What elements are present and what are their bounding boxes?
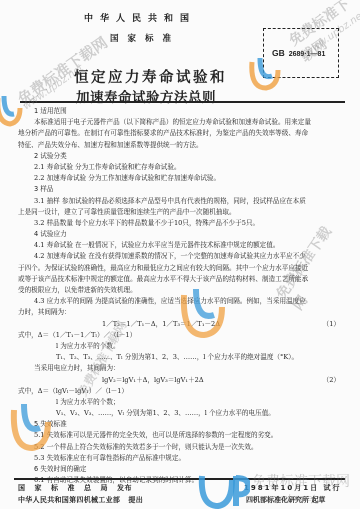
standard-document-page: 中华人民共和国 国家标准 GB2689·1—81 恒定应力寿命试验和 加速寿命试… xyxy=(0,0,360,509)
paragraph-line: 5.3 失效标准应在有可靠性指标的产品标准中规定。 xyxy=(18,453,344,464)
paragraph-line: T₁、T₂、T₃、……、Tₗ 分别为第1、2、3、……，l 个应力水平的绝对温度… xyxy=(18,352,344,363)
equation-line: lgV₂＝lgV₁＋Δ，lgV₃＝lgV₁＋2Δ（2） xyxy=(18,375,344,386)
section-heading: 6 失效时间的确定 xyxy=(18,464,344,475)
section-heading: 1 适用范围 xyxy=(18,106,344,117)
line-text: 特征、产品失效分布、加速方程和加速系数等提供统一的方法。 xyxy=(18,141,203,149)
equation-line: 1／T₂＝1／T₁－Δ，1／T₃＝1／T₁－2Δ（1） xyxy=(18,319,344,330)
paragraph-line: l 为应力水平的个数； xyxy=(18,397,344,408)
footer-effective-date: 1981年10月1日 试行 xyxy=(244,483,342,493)
paragraph-line: 式中，Δ＝（lgVₗ－lgV₁）／（l－1） xyxy=(18,386,344,397)
code-prefix: GB xyxy=(272,48,285,58)
line-text: 或等于该产品技术标准中规定的额定值。最高应力水平不得大于该产品的结构材料、制造工… xyxy=(18,275,308,283)
paragraph-line: 2.1 寿命试验 分为工作寿命试验和贮存寿命试验。 xyxy=(18,162,344,173)
propose-label: 提出 xyxy=(128,496,143,504)
paragraph-line: 3.1 抽样 参加试验的样品必须选择本产品型号中具有代表性的规格，同时，投试样品… xyxy=(18,196,344,207)
paragraph-line: 5.2 一个样品上符合失效标准的失效若多于一个时，则只能认为是一次失效。 xyxy=(18,442,344,453)
line-text: 6 失效时间的确定 xyxy=(34,465,86,473)
paragraph-line: 特征、产品失效分布、加速方程和加速系数等提供统一的方法。 xyxy=(18,140,344,151)
line-text: 4.1 寿命试验 在一般情况下，试验应力水平应当是元器件技术标准中规定的额定值。 xyxy=(34,241,279,249)
draft-label: 起草 xyxy=(311,496,325,504)
line-text: 4.2 加速寿命试验 在没有获得加速系数的情况下，一个完整的加速寿命试验其应力水… xyxy=(34,252,306,260)
line-text: 2 试验分类 xyxy=(34,152,67,160)
code-number: 2689·1—81 xyxy=(289,51,326,58)
footer-divider xyxy=(14,478,345,480)
line-text: 5.1 失效标准可以是元器件的完全失效，也可以是所选择的参数的一定程度的劣变。 xyxy=(34,431,277,439)
line-text: 4 试验应力 xyxy=(34,230,67,238)
line-text: 力时，其间隔为： xyxy=(18,308,71,316)
paragraph-line: 3.2 样品数量 每个应力水平下的样品数量不少于10只，特殊产品不少于5只。 xyxy=(18,218,344,229)
paragraph-line: 受的极限应力，以免带进新的失效机理。 xyxy=(18,285,344,296)
section-heading: 4 试验应力 xyxy=(18,229,344,240)
line-text: 式中，Δ＝（1／T₁－1／Tₗ）／（l－1） xyxy=(18,331,136,339)
line-text: 5.3 失效标准应在有可靠性指标的产品标准中规定。 xyxy=(34,454,185,462)
effective-date: 1981年10月1日 xyxy=(244,484,319,492)
line-text: 2.1 寿命试验 分为工作寿命试验和贮存寿命试验。 xyxy=(34,163,181,171)
paragraph-line: 力时，其间隔为： xyxy=(18,307,344,318)
line-text: 1 适用范围 xyxy=(34,107,67,115)
paragraph-line: 4.1 寿命试验 在一般情况下，试验应力水平应当是元器件技术标准中规定的额定值。 xyxy=(18,240,344,251)
document-title-line2: 加速寿命试验方法总则 xyxy=(76,86,216,106)
paragraph-line: 本标准适用于电子元器件产品（以下简称产品）的恒定应力寿命试验和加速寿命试验。用来… xyxy=(18,117,344,128)
paragraph-line: l 为应力水平的个数。 xyxy=(18,341,344,352)
paragraph-line: 4.3 应力水平的间隔 为提高试验的准确性，应适当选择应力水平的间隔。例如，当采… xyxy=(18,296,344,307)
issuer-name: 国家标准总局 xyxy=(18,484,117,492)
header-divider xyxy=(20,101,345,103)
equation-number: （1） xyxy=(323,319,340,330)
paragraph-line: 上是同一设计，建立了可靠性质量管理和连续生产的产品中一次随机抽取。 xyxy=(18,207,344,218)
paragraph-line: 5.1 失效标准可以是元器件的完全失效，也可以是所选择的参数的一定程度的劣变。 xyxy=(18,430,344,441)
line-text: lgV₂＝lgV₁＋Δ，lgV₃＝lgV₁＋2Δ xyxy=(102,376,204,384)
line-text: 本标准适用于电子元器件产品（以下简称产品）的恒定应力寿命试验和加速寿命试验。用来… xyxy=(34,118,311,126)
effective-label: 试行 xyxy=(324,484,342,492)
line-text: l 为应力水平的个数； xyxy=(56,398,120,406)
paragraph-line: 于四个。为保证试验的准确性，最高应力和最低应力之间应有较大的间隔。其中一个应力水… xyxy=(18,263,344,274)
line-text: 2.2 加速寿命试验 分为工作加速寿命试验和贮存加速寿命试验。 xyxy=(34,174,220,182)
footer-drafter: 四机部标准化研究所 起草 xyxy=(246,495,325,505)
standard-code-box: GB2689·1—81 xyxy=(263,28,339,78)
line-text: 受的极限应力，以免带进新的失效机理。 xyxy=(18,286,137,294)
line-text: 3.1 抽样 参加试验的样品必须选择本产品型号中具有代表性的规格，同时，投试样品… xyxy=(34,197,306,205)
paragraph-line: 当采用电应力时，其间隔为： xyxy=(18,363,344,374)
standard-code: GB2689·1—81 xyxy=(272,48,325,58)
line-text: 5 失效标准 xyxy=(34,420,67,428)
issue-label: 发布 xyxy=(117,484,132,492)
paragraph-line: 或等于该产品技术标准中规定的额定值。最高应力水平不得大于该产品的结构材料、制造工… xyxy=(18,274,344,285)
section-heading: 3 样品 xyxy=(18,184,344,195)
line-text: T₁、T₂、T₃、……、Tₗ 分别为第1、2、3、……，l 个应力水平的绝对温度… xyxy=(56,353,298,361)
equation-number: （2） xyxy=(323,375,340,386)
line-text: l 为应力水平的个数。 xyxy=(56,342,120,350)
line-text: 上是同一设计，建立了可靠性质量管理和连续生产的产品中一次随机抽取。 xyxy=(18,208,236,216)
paragraph-line: 地分析产品的可靠性。在制订有可靠性指标要求的产品技术标准时，为鉴定产品的失效率等… xyxy=(18,128,344,139)
drafter-name: 四机部标准化研究所 xyxy=(246,496,309,504)
line-text: 3.2 样品数量 每个应力水平下的样品数量不少于10只，特殊产品不少于5只。 xyxy=(34,219,259,227)
proposer-name: 中华人民共和国第四机械工业部 xyxy=(18,496,120,504)
standard-type-heading: 国家标准 xyxy=(100,32,190,44)
line-text: 4.3 应力水平的间隔 为提高试验的准确性，应适当选择应力水平的间隔。例如，当采… xyxy=(34,297,306,305)
line-text: 地分析产品的可靠性。在制订有可靠性指标要求的产品技术标准时，为鉴定产品的失效率等… xyxy=(18,129,308,137)
paragraph-line: 4.2 加速寿命试验 在没有获得加速系数的情况下，一个完整的加速寿命试验其应力水… xyxy=(18,251,344,262)
footer-proposer: 中华人民共和国第四机械工业部 提出 xyxy=(18,495,143,505)
document-body: 1 适用范围本标准适用于电子元器件产品（以下简称产品）的恒定应力寿命试验和加速寿… xyxy=(18,106,344,486)
document-title-line1: 恒定应力寿命试验和 xyxy=(74,66,227,87)
line-text: 于四个。为保证试验的准确性，最高应力和最低应力之间应有较大的间隔。其中一个应力水… xyxy=(18,264,308,272)
section-heading: 2 试验分类 xyxy=(18,151,344,162)
line-text: 5.2 一个样品上符合失效标准的失效若多于一个时，则只能认为是一次失效。 xyxy=(34,443,258,451)
paragraph-line: 式中，Δ＝（1／T₁－1／Tₗ）／（l－1） xyxy=(18,330,344,341)
paragraph-line: V₁、V₂、V₃、……，Vₗ 分别为第1、2、3、……，l 个应力水平的电压值。 xyxy=(18,408,344,419)
footer-issuer: 国家标准总局发布 xyxy=(18,483,132,493)
line-text: 3 样品 xyxy=(34,185,53,193)
country-heading: 中华人民共和国 xyxy=(80,11,200,24)
line-text: 1／T₂＝1／T₁－Δ，1／T₃＝1／T₁－2Δ xyxy=(102,320,220,328)
section-heading: 5 失效标准 xyxy=(18,419,344,430)
line-text: 式中，Δ＝（lgVₗ－lgV₁）／（l－1） xyxy=(18,387,128,395)
line-text: 当采用电应力时，其间隔为： xyxy=(34,364,120,372)
paragraph-line: 2.2 加速寿命试验 分为工作加速寿命试验和贮存加速寿命试验。 xyxy=(18,173,344,184)
line-text: V₁、V₂、V₃、……，Vₗ 分别为第1、2、3、……，l 个应力水平的电压值。 xyxy=(56,409,275,417)
